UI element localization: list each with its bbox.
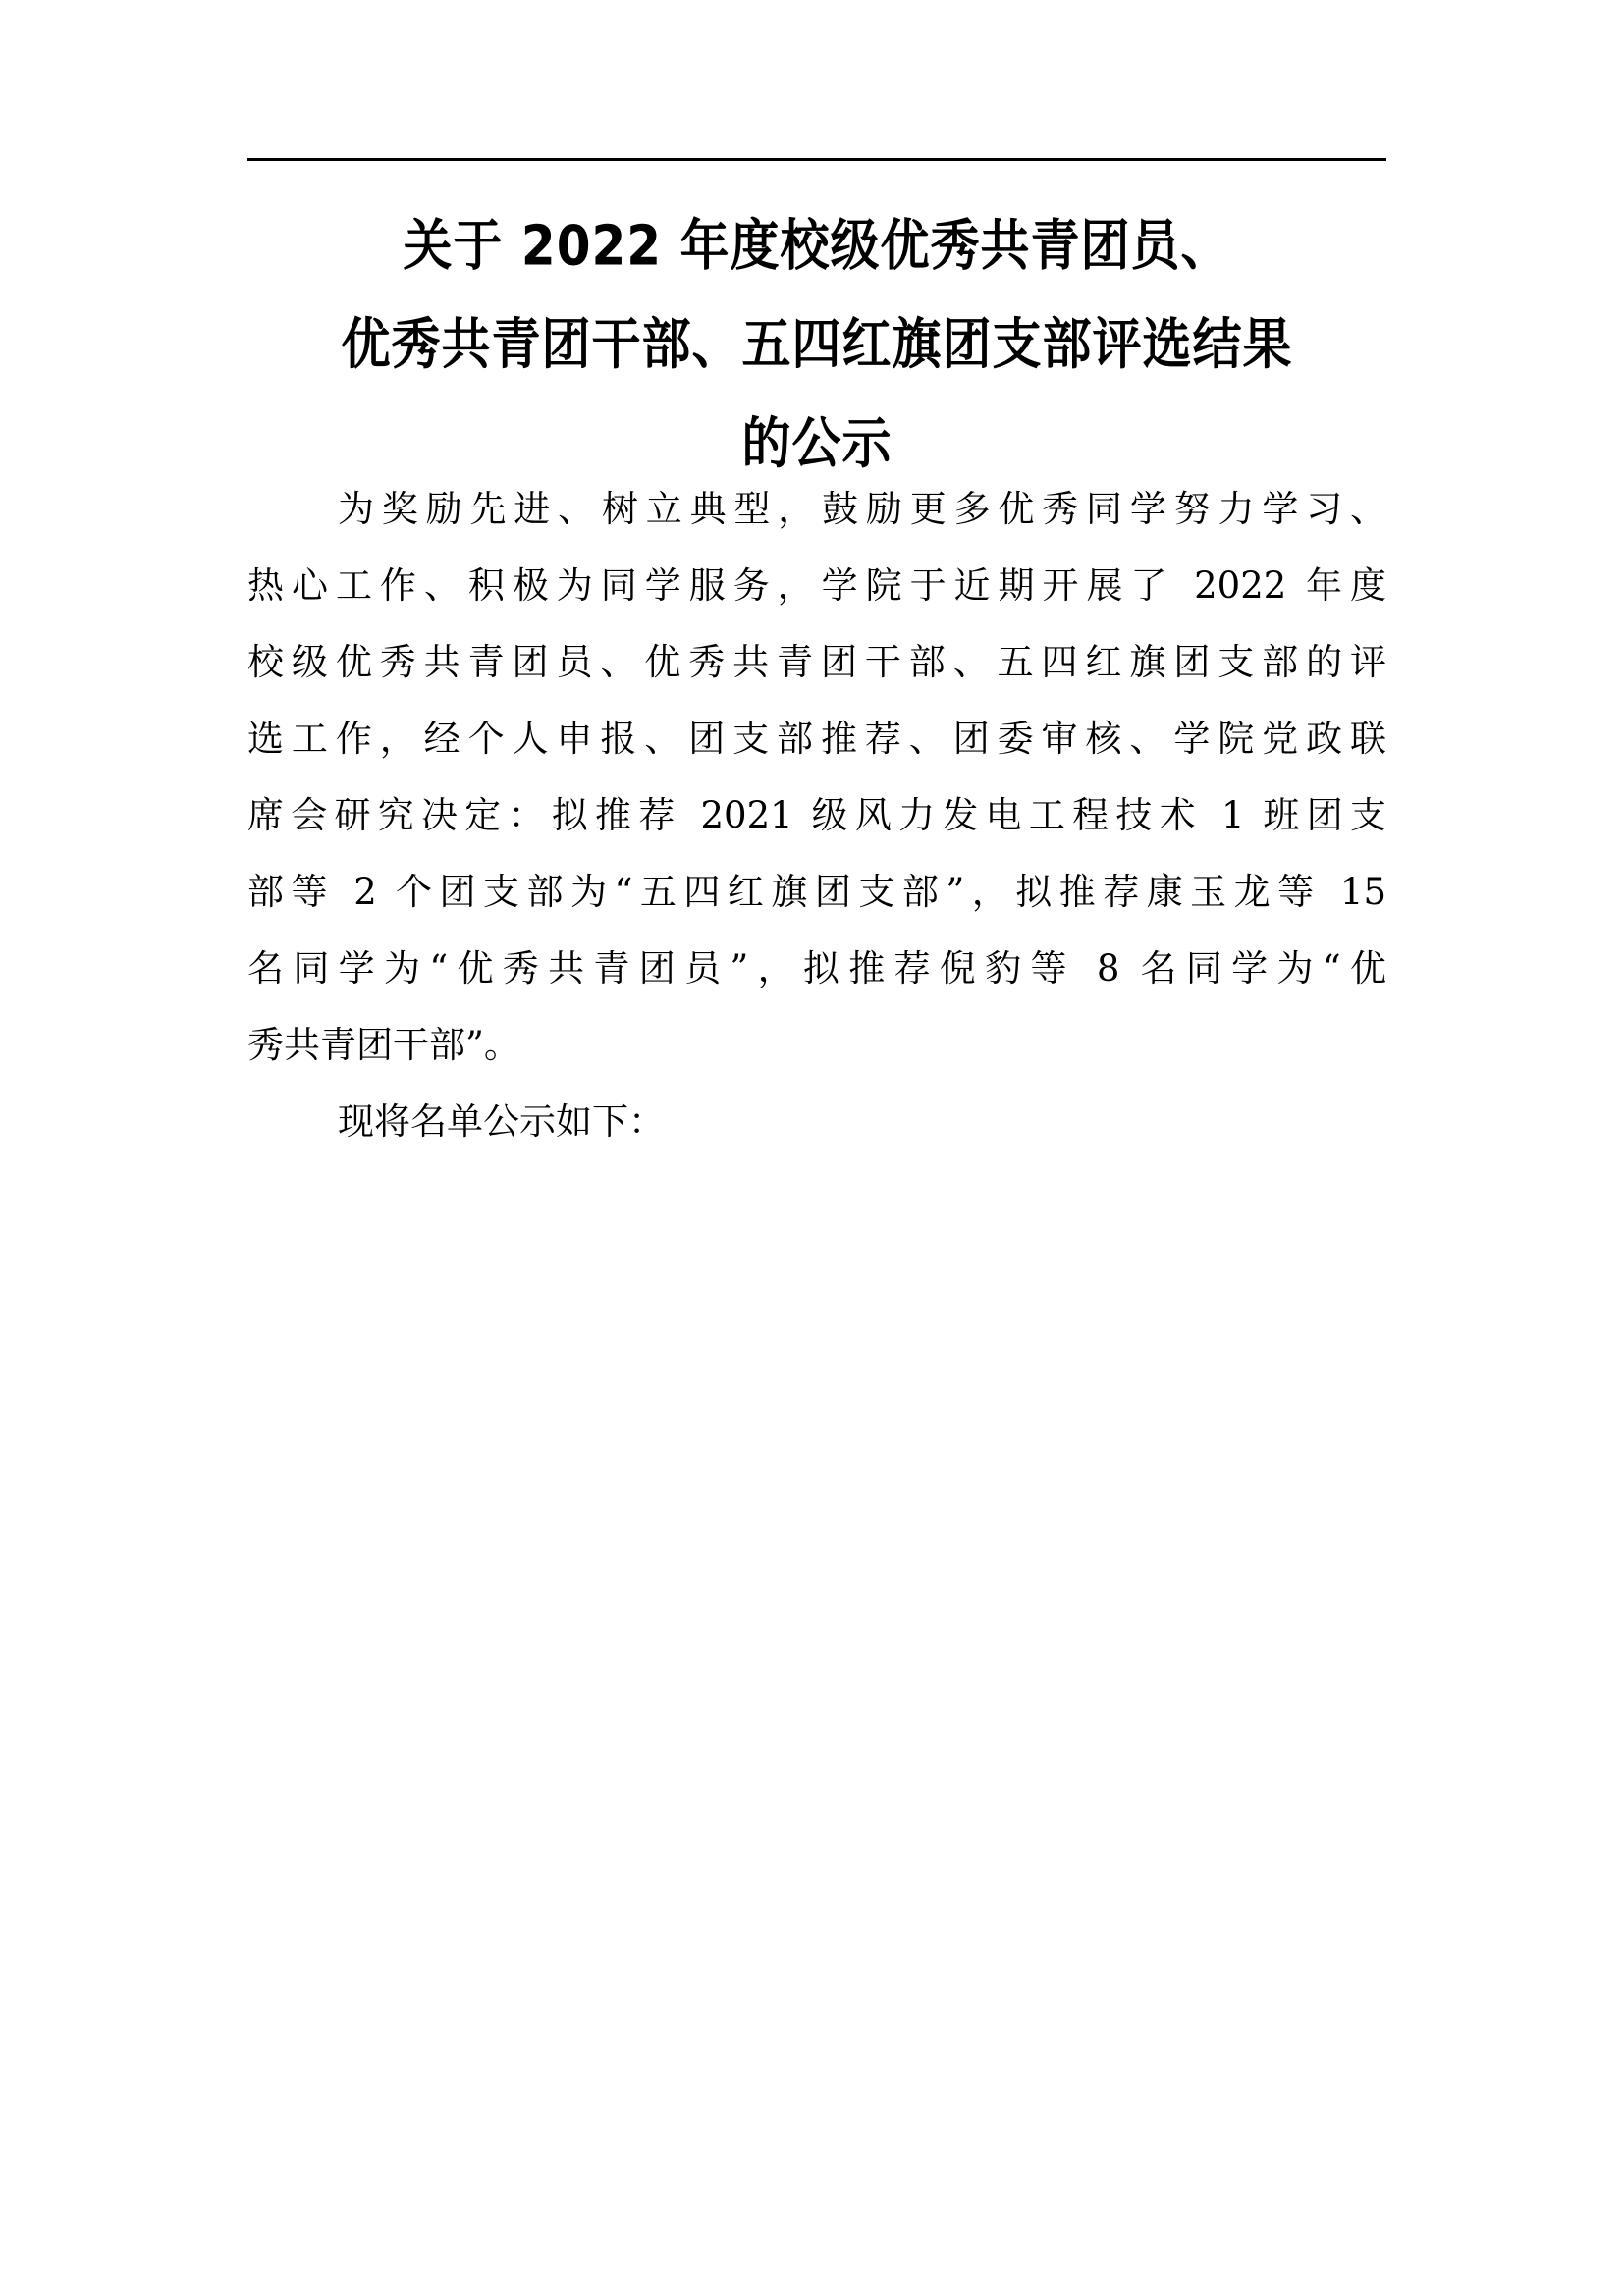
document-page: 关于 2022 年度校级优秀共青团员、 优秀共青团干部、五四红旗团支部评选结果 … <box>0 0 1624 2296</box>
paragraph-line: 部等 2 个团支部为“五四红旗团支部”，拟推荐康玉龙等 15 <box>247 854 1386 931</box>
paragraph-line: 热心工作、积极为同学服务，学院于近期开展了 2022 年度 <box>247 548 1386 624</box>
paragraph-line: 秀共青团干部”。 <box>247 1007 1386 1084</box>
paragraph-line: 选工作，经个人申报、团支部推荐、团委审核、学院党政联 <box>247 701 1386 777</box>
paragraph-line: 席会研究决定：拟推荐 2021 级风力发电工程技术 1 班团支 <box>247 777 1386 854</box>
header-rule <box>247 158 1386 161</box>
paragraph-line: 名同学为“优秀共青团员”，拟推荐倪豹等 8 名同学为“优 <box>247 931 1386 1007</box>
paragraph-announcement: 现将名单公示如下： <box>247 1084 1386 1160</box>
paragraph-intro: 为奖励先进、树立典型，鼓励更多优秀同学努力学习、 热心工作、积极为同学服务，学院… <box>247 471 1386 1084</box>
paragraph-line: 校级优秀共青团员、优秀共青团干部、五四红旗团支部的评 <box>247 624 1386 701</box>
document-title: 关于 2022 年度校级优秀共青团员、 优秀共青团干部、五四红旗团支部评选结果 … <box>247 196 1386 493</box>
paragraph-line: 现将名单公示如下： <box>247 1084 1386 1160</box>
title-line-2: 优秀共青团干部、五四红旗团支部评选结果 <box>247 295 1386 395</box>
document-body: 为奖励先进、树立典型，鼓励更多优秀同学努力学习、 热心工作、积极为同学服务，学院… <box>247 471 1386 1160</box>
paragraph-line: 为奖励先进、树立典型，鼓励更多优秀同学努力学习、 <box>247 471 1386 548</box>
title-line-1: 关于 2022 年度校级优秀共青团员、 <box>247 196 1386 295</box>
